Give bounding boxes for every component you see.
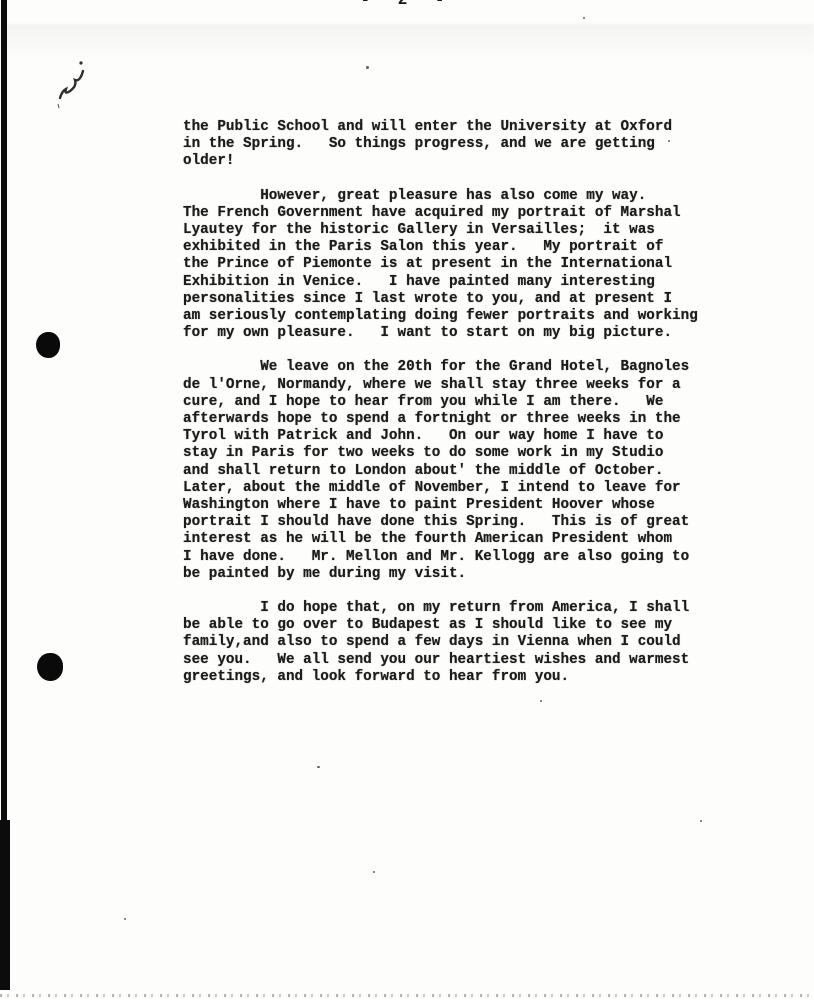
- typewritten-line: family,and also to spend a few days in V…: [183, 634, 743, 651]
- typewritten-line: am seriously contemplating doing fewer p…: [183, 308, 743, 325]
- typewritten-line: greetings, and look forward to hear from…: [183, 669, 743, 686]
- scan-speck: [373, 871, 375, 873]
- scan-speck: [583, 17, 585, 19]
- paragraph: However, great pleasure has also come my…: [183, 188, 743, 343]
- typewritten-line: the Public School and will enter the Uni…: [183, 119, 743, 136]
- typewritten-line: I have done. Mr. Mellon and Mr. Kellogg …: [183, 549, 743, 566]
- typewritten-line: be painted by me during my visit.: [183, 566, 743, 583]
- typewritten-line: older!: [183, 153, 743, 170]
- typewritten-line: Exhibition in Venice. I have painted man…: [183, 274, 743, 291]
- typewritten-line: However, great pleasure has also come my…: [183, 188, 743, 205]
- scan-smudge: [0, 24, 814, 58]
- scan-speck: [700, 820, 702, 822]
- paragraph: We leave on the 20th for the Grand Hotel…: [183, 359, 743, 583]
- typewritten-line: see you. We all send you our heartiest w…: [183, 652, 743, 669]
- hole-punch-mark-bottom: [37, 653, 63, 681]
- typewritten-line: Washington where I have to paint Preside…: [183, 497, 743, 514]
- scan-speck: [366, 66, 369, 69]
- scan-speck: [540, 700, 542, 702]
- typewritten-line: be able to go over to Budapest as I shou…: [183, 617, 743, 634]
- typewritten-line: the Prince of Piemonte is at present in …: [183, 256, 743, 273]
- typewritten-line: Later, about the middle of November, I i…: [183, 480, 743, 497]
- typewritten-line: in the Spring. So things progress, and w…: [183, 136, 743, 153]
- typewritten-line: de l'Orne, Normandy, where we shall stay…: [183, 377, 743, 394]
- scan-speck: [668, 140, 670, 142]
- scanned-letter-page: - 2 - the Public School and will enter t…: [0, 0, 814, 1000]
- typewritten-line: and shall return to London about' the mi…: [183, 463, 743, 480]
- typewritten-line: stay in Paris for two weeks to do some w…: [183, 445, 743, 462]
- typewritten-line: Tyrol with Patrick and John. On our way …: [183, 428, 743, 445]
- paragraph: I do hope that, on my return from Americ…: [183, 600, 743, 686]
- scan-speck: [317, 766, 320, 768]
- letter-body: the Public School and will enter the Uni…: [183, 119, 743, 703]
- typewritten-line: exhibited in the Paris Salon this year. …: [183, 239, 743, 256]
- typewritten-line: Lyautey for the historic Gallery in Vers…: [183, 222, 743, 239]
- scan-edge-line-thick: [0, 820, 10, 990]
- scan-edge-bottom-speckle: [0, 994, 814, 997]
- typewritten-line: portrait I should have done this Spring.…: [183, 514, 743, 531]
- typewritten-line: cure, and I hope to hear from you while …: [183, 394, 743, 411]
- hole-punch-mark-top: [36, 332, 60, 358]
- typewritten-line: The French Government have acquired my p…: [183, 205, 743, 222]
- page-number: - 2 -: [0, 0, 814, 9]
- typewritten-line: for my own pleasure. I want to start on …: [183, 325, 743, 342]
- typewritten-line: I do hope that, on my return from Americ…: [183, 600, 743, 617]
- pencil-mark-icon: [52, 52, 92, 112]
- typewritten-line: personalities since I last wrote to you,…: [183, 291, 743, 308]
- typewritten-line: We leave on the 20th for the Grand Hotel…: [183, 359, 743, 376]
- typewritten-line: afterwards hope to spend a fortnight or …: [183, 411, 743, 428]
- typewritten-line: interest as he will be the fourth Americ…: [183, 531, 743, 548]
- paragraph: the Public School and will enter the Uni…: [183, 119, 743, 171]
- scan-speck: [124, 918, 126, 920]
